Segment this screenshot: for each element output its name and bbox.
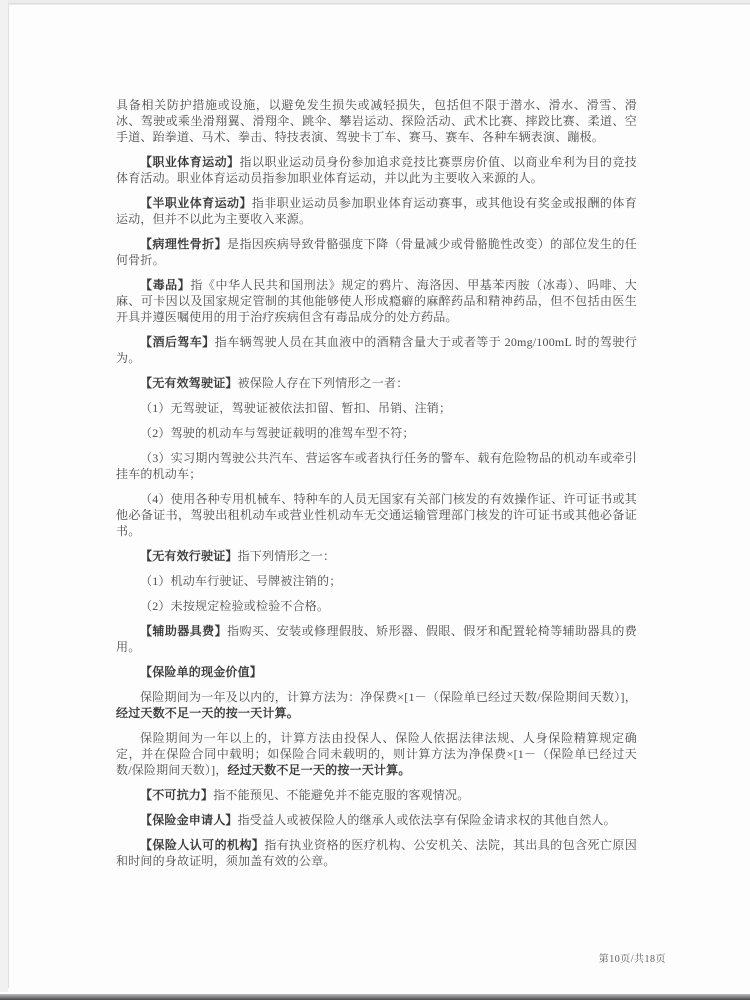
paragraph: 【保险人认可的机构】指有执业资格的医疗机构、公安机关、法院，其出具的包含死亡原因…: [116, 837, 637, 869]
text-run: 指不能预见、不能避免并不能克服的客观情况。: [213, 788, 469, 802]
text-run: 指《中华人民共和国刑法》规定的鸦片、海洛因、甲基苯丙胺（冰毒）、吗啡、大麻、可卡…: [116, 278, 637, 324]
paragraph: 保险期间为一年及以内的，计算方法为：净保费×[1－（保险单已经过天数/保险期间天…: [116, 689, 637, 721]
defined-term: 【无有效驾驶证】: [140, 376, 238, 390]
scan-edge-left-line: [8, 3, 9, 988]
text-run: （2）未按规定检验或检验不合格。: [140, 599, 329, 613]
page-number: 第10页/共18页: [599, 950, 666, 965]
paragraph: （2）驾驶的机动车与驾驶证载明的准驾车型不符；: [116, 425, 637, 441]
text-run: 指下列情形之一：: [238, 549, 336, 563]
defined-term: 【保险金申请人】: [140, 813, 238, 827]
paragraph: 【毒品】指《中华人民共和国刑法》规定的鸦片、海洛因、甲基苯丙胺（冰毒）、吗啡、大…: [116, 277, 637, 325]
scan-edge-bottom-bar: [0, 994, 750, 1000]
paragraph: 【半职业体育运动】指非职业运动员参加职业体育运动赛事，或其他设有奖金或报酬的体育…: [116, 195, 637, 227]
text-run: 具备相关防护措施或设施，以避免发生损失或减轻损失，包括但不限于潜水、滑水、滑雪、…: [116, 98, 637, 144]
defined-term: 【保险单的现金价值】: [140, 665, 262, 679]
paragraph: 保险期间为一年以上的，计算方法由投保人、保险人依据法律法规、人身保险精算规定确定…: [116, 730, 637, 778]
defined-term: 【辅助器具费】: [140, 624, 227, 638]
paragraph: 【辅助器具费】指购买、安装或修理假肢、矫形器、假眼、假牙和配置轮椅等辅助器具的费…: [116, 623, 637, 655]
paragraph: （2）未按规定检验或检验不合格。: [116, 598, 637, 614]
paragraph: 【保险金申请人】指受益人或被保险人的继承人或依法享有保险金请求权的其他自然人。: [116, 812, 637, 828]
defined-term: 【保险人认可的机构】: [140, 838, 264, 852]
text-run: （1）机动车行驶证、号牌被注销的；: [140, 574, 341, 588]
emphasis-text: 经过天数不足一天的按一天计算。: [116, 706, 299, 720]
paragraph: （1）机动车行驶证、号牌被注销的；: [116, 573, 637, 589]
text-run: （2）驾驶的机动车与驾驶证载明的准驾车型不符；: [140, 426, 415, 440]
text-run: （3）实习期内驾驶公共汽车、营运客车或者执行任务的警车、载有危险物品的机动车或牵…: [116, 451, 637, 481]
defined-term: 【职业体育运动】: [140, 155, 239, 169]
paragraph: （1）无驾驶证，驾驶证被依法扣留、暂扣、吊销、注销；: [116, 400, 637, 416]
defined-term: 【病理性骨折】: [140, 237, 227, 251]
paragraph: 【无有效行驶证】指下列情形之一：: [116, 548, 637, 564]
paragraph: 【保险单的现金价值】: [116, 664, 637, 680]
paragraph: 【不可抗力】指不能预见、不能避免并不能克服的客观情况。: [116, 787, 637, 803]
defined-term: 【不可抗力】: [140, 788, 213, 802]
defined-term: 【毒品】: [140, 278, 190, 292]
text-run: （4）使用各种专用机械车、特种车的人员无国家有关部门核发的有效操作证、许可证书或…: [116, 492, 637, 538]
emphasis-text: 经过天数不足一天的按一天计算。: [228, 763, 411, 777]
defined-term: 【酒后驾车】: [140, 335, 215, 349]
paragraph: （3）实习期内驾驶公共汽车、营运客车或者执行任务的警车、载有危险物品的机动车或牵…: [116, 450, 637, 482]
defined-term: 【无有效行驶证】: [140, 549, 238, 563]
scan-edge-top-line: [8, 3, 750, 5]
defined-term: 【半职业体育运动】: [140, 196, 252, 210]
paragraph: 【酒后驾车】指车辆驾驶人员在其血液中的酒精含量大于或者等于 20mg/100mL…: [116, 334, 637, 366]
paragraph: 【病理性骨折】是指因疾病导致骨骼强度下降（骨量减少或骨骼脆性改变）的部位发生的任…: [116, 236, 637, 268]
document-body: 具备相关防护措施或设施，以避免发生损失或减轻损失，包括但不限于潜水、滑水、滑雪、…: [116, 97, 637, 878]
document-page: 具备相关防护措施或设施，以避免发生损失或减轻损失，包括但不限于潜水、滑水、滑雪、…: [0, 0, 750, 1000]
scan-edge-left-band: [0, 0, 8, 992]
text-run: （1）无驾驶证，驾驶证被依法扣留、暂扣、吊销、注销；: [140, 401, 451, 415]
text-run: 被保险人存在下列情形之一者：: [238, 376, 409, 390]
paragraph: 【职业体育运动】指以职业运动员身份参加追求竞技比赛票房价值、以商业牟利为目的竞技…: [116, 154, 637, 186]
text-run: 指受益人或被保险人的继承人或依法享有保险金请求权的其他自然人。: [238, 813, 616, 827]
paragraph: （4）使用各种专用机械车、特种车的人员无国家有关部门核发的有效操作证、许可证书或…: [116, 491, 637, 539]
paragraph: 【无有效驾驶证】被保险人存在下列情形之一者：: [116, 375, 637, 391]
text-run: 保险期间为一年及以内的，计算方法为：净保费×[1－（保险单已经过天数/保险期间天…: [140, 690, 637, 704]
paragraph: 具备相关防护措施或设施，以避免发生损失或减轻损失，包括但不限于潜水、滑水、滑雪、…: [116, 97, 637, 145]
